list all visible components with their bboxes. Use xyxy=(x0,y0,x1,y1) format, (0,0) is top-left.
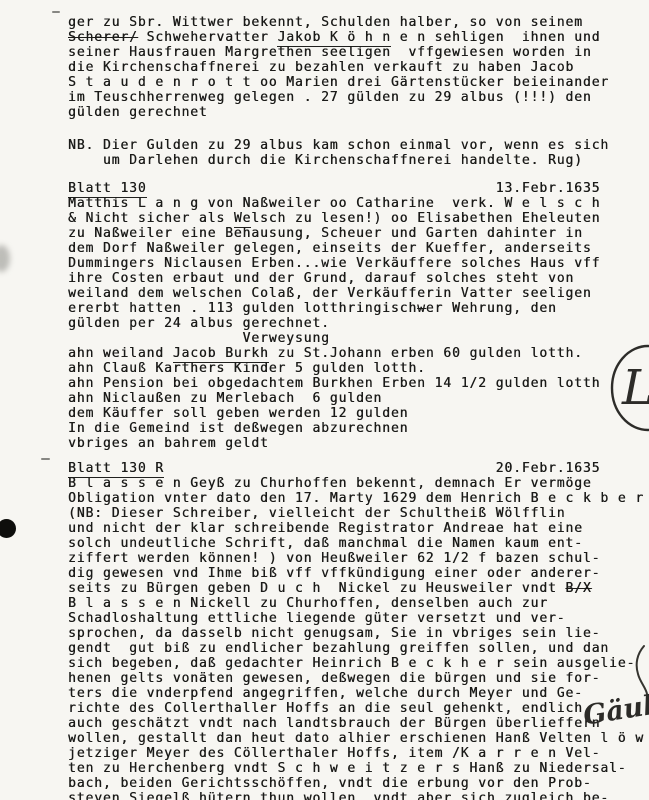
text-segment: gendt gut biß zu endlicher bezahlung gre… xyxy=(68,641,609,656)
text-line: wollen, gestallt dan heut dato alhier er… xyxy=(68,731,649,746)
struck-text: w xyxy=(417,301,426,316)
circled-letter-annotation: L xyxy=(606,344,649,436)
text-segment: Schadloshaltung ettliche liegende güter … xyxy=(68,611,565,626)
text-line: ters die vnderpfend angegriffen, welche … xyxy=(68,686,649,701)
struck-text: B/X xyxy=(565,581,591,596)
text-line: richte des Collerthaller Hoffs an die se… xyxy=(68,701,649,716)
text-segment: 13.Febr.1635 xyxy=(147,181,601,196)
text-line: Verweysung xyxy=(68,331,649,346)
text-segment: ahn Clauß Karthers Kinder 5 gulden lotth… xyxy=(68,361,426,376)
text-segment: auch geschätzt vndt nach landtsbrauch de… xyxy=(68,716,600,731)
text-line: Matthis L a n g von Naßweiler oo Cathari… xyxy=(68,196,649,211)
text-segment: im Teuschherrenweg gelegen . 27 gülden z… xyxy=(68,90,592,105)
text-line: S t a u d e n r o t t oo Marien drei Gär… xyxy=(68,75,649,90)
text-segment: die Kirchenschaffnerei zu bezahlen verka… xyxy=(68,60,574,75)
text-line: steyen Siegelß hütern thun wollen, vndt … xyxy=(68,791,649,800)
text-segment: sich begeben, daß gedachter Heinrich B e… xyxy=(68,656,635,671)
text-line: gülden gerechnet xyxy=(68,105,649,120)
text-segment: steyen Siegelß hütern thun wollen, vndt … xyxy=(68,791,609,800)
text-segment: NB. Dier Gulden zu 29 albus kam schon ei… xyxy=(68,138,609,153)
text-line: B l a s s e n Nickell zu Churhoffen, den… xyxy=(68,596,649,611)
text-segment: jetziger Meyer des Cöllerthaler Hoffs, i… xyxy=(68,746,600,761)
text-line: ger zu Sbr. Wittwer bekennt, Schulden ha… xyxy=(68,15,649,30)
text-line: vbriges an bahrem geldt xyxy=(68,436,649,451)
text-segment: B l a s s e n Geyß zu Churhoffen bekennt… xyxy=(68,476,592,491)
text-segment: seiner Hausfrauen Margrethen seeligen vf… xyxy=(68,45,592,60)
text-segment: solch undeutliche Schrift, daß manchmal … xyxy=(68,536,583,551)
text-segment: seits zu Bürgen geben D u c h Nickel zu … xyxy=(68,581,565,596)
text-segment: ahn Pension bei obgedachtem Burkhen Erbe… xyxy=(68,376,600,391)
scanned-typescript-page: ger zu Sbr. Wittwer bekennt, Schulden ha… xyxy=(0,0,649,800)
stray-dash-mark xyxy=(52,11,60,13)
typewritten-text-block: ger zu Sbr. Wittwer bekennt, Schulden ha… xyxy=(68,15,649,800)
text-segment: weiland dem welschen Colaß, der Verkäuff… xyxy=(68,286,592,301)
text-line: dem Käuffer soll geben werden 12 gulden xyxy=(68,406,649,421)
text-segment: richte des Collerthaller Hoffs an die se… xyxy=(68,701,583,716)
text-line: Obligation vnter dato den 17. Marty 1629… xyxy=(68,491,649,506)
text-line: (NB: Dieser Schreiber, vielleicht der Sc… xyxy=(68,506,649,521)
text-line: sich begeben, daß gedachter Heinrich B e… xyxy=(68,656,649,671)
text-line: im Teuschherrenweg gelegen . 27 gülden z… xyxy=(68,90,649,105)
text-line: Dummingers Niclausen Erben...wie Verkäuf… xyxy=(68,256,649,271)
text-line: ihre Costen erbaut und der Grund, darauf… xyxy=(68,271,649,286)
text-line: ahn Clauß Karthers Kinder 5 gulden lotth… xyxy=(68,361,649,376)
flourish-mark-icon xyxy=(630,644,649,696)
text-segment: 20.Febr.1635 xyxy=(164,461,600,476)
text-segment: er Wehrung, den xyxy=(426,301,557,316)
text-segment: B l a s s e n Nickell zu Churhoffen, den… xyxy=(68,596,548,611)
text-segment: ziffert werden können! ) von Heußweiler … xyxy=(68,551,600,566)
text-line: sprochen, da dasselb nicht genugsam, Sie… xyxy=(68,626,649,641)
text-line: solch undeutliche Schrift, daß manchmal … xyxy=(68,536,649,551)
text-segment: lsch zu lesen!) oo Elisabethen Eheleuten xyxy=(251,211,600,226)
smudge-mark xyxy=(0,245,10,272)
text-segment: gülden per 24 albus gerechnet. xyxy=(68,316,330,331)
text-line: In die Gemeind ist deßwegen abzurechnen xyxy=(68,421,649,436)
text-line: auch geschätzt vndt nach landtsbrauch de… xyxy=(68,716,649,731)
text-line: ahn Pension bei obgedachtem Burkhen Erbe… xyxy=(68,376,649,391)
text-segment: (NB: Dieser Schreiber, vielleicht der Sc… xyxy=(68,506,565,521)
text-segment: S t a u d e n r o t t oo Marien drei Gär… xyxy=(68,75,609,90)
text-segment: ters die vnderpfend angegriffen, welche … xyxy=(68,686,583,701)
text-segment: Matthis L a n g von Naßweiler oo Cathari… xyxy=(68,196,600,211)
text-segment: Obligation vnter dato den 17. Marty 1629… xyxy=(68,491,644,506)
text-line: seiner Hausfrauen Margrethen seeligen vf… xyxy=(68,45,649,60)
text-line: bach, beiden Gerichtsschöffen, vndt die … xyxy=(68,776,649,791)
text-line: weiland dem welschen Colaß, der Verkäuff… xyxy=(68,286,649,301)
text-segment: vbriges an bahrem geldt xyxy=(68,436,269,451)
text-segment: dem Käuffer soll geben werden 12 gulden xyxy=(68,406,408,421)
text-segment: und nicht der klar schreibende Registrat… xyxy=(68,521,583,536)
circled-letter-text: L xyxy=(621,360,649,416)
stray-dash-mark xyxy=(41,458,50,460)
text-segment: gülden gerechnet xyxy=(68,105,208,120)
text-segment: zu St.Johann erben 60 gulden lotth. xyxy=(269,346,583,361)
nb-note: NB. Dier Gulden zu 29 albus kam schon ei… xyxy=(68,138,649,168)
text-line: & Nicht sicher als Welsch zu lesen!) oo … xyxy=(68,211,649,226)
text-segment: um Darlehen durch die Kirchenschaffnerei… xyxy=(68,153,583,168)
entry-blatt130r: Blatt 130 R 20.Febr.1635B l a s s e n Ge… xyxy=(68,461,649,800)
text-line: seits zu Bürgen geben D u c h Nickel zu … xyxy=(68,581,649,596)
text-line: dem Dorf Naßweiler gelegen, einseits der… xyxy=(68,241,649,256)
entry-blatt129-continued: ger zu Sbr. Wittwer bekennt, Schulden ha… xyxy=(68,15,649,120)
text-segment: zu Naßweiler eine Behausung, Scheuer und… xyxy=(68,226,583,241)
ink-blot xyxy=(0,519,16,538)
text-line: zu Naßweiler eine Behausung, Scheuer und… xyxy=(68,226,649,241)
text-segment: dig gewesen vnd Ihme biß vff vffkündigun… xyxy=(68,566,600,581)
text-line: ten zu Herchenberg vndt S c h w e i t z … xyxy=(68,761,649,776)
text-line: Blatt 130 13.Febr.1635 xyxy=(68,181,649,196)
text-segment: ahn Niclaußen zu Merlebach 6 gulden xyxy=(68,391,382,406)
text-line: ahn weiland Jacob Burkh zu St.Johann erb… xyxy=(68,346,649,361)
text-segment: henen gelts vonäten gewesen, deßwegen di… xyxy=(68,671,600,686)
text-segment: In die Gemeind ist deßwegen abzurechnen xyxy=(68,421,408,436)
text-line: ziffert werden können! ) von Heußweiler … xyxy=(68,551,649,566)
text-segment: Dummingers Niclausen Erben...wie Verkäuf… xyxy=(68,256,600,271)
text-segment: wollen, gestallt dan heut dato alhier er… xyxy=(68,731,644,746)
text-line: Schadloshaltung ettliche liegende güter … xyxy=(68,611,649,626)
text-line: ahn Niclaußen zu Merlebach 6 gulden xyxy=(68,391,649,406)
text-line: um Darlehen durch die Kirchenschaffnerei… xyxy=(68,153,649,168)
text-line: dig gewesen vnd Ihme biß vff vffkündigun… xyxy=(68,566,649,581)
text-segment: & Nicht sicher als xyxy=(68,211,234,226)
text-line: gülden per 24 albus gerechnet. xyxy=(68,316,649,331)
text-line: ererbt hatten . 113 gulden lotthringisch… xyxy=(68,301,649,316)
text-line: Blatt 130 R 20.Febr.1635 xyxy=(68,461,649,476)
struck-text: Scherer/ xyxy=(68,30,138,45)
text-line: Scherer/ Schwehervatter Jakob K ö h n e … xyxy=(68,30,649,45)
text-segment: sprochen, da dasselb nicht genugsam, Sie… xyxy=(68,626,600,641)
text-segment: Schwehervatter xyxy=(138,30,278,45)
text-segment: ten zu Herchenberg vndt S c h w e i t z … xyxy=(68,761,627,776)
text-segment: ihre Costen erbaut und der Grund, darauf… xyxy=(68,271,574,286)
text-segment: dem Dorf Naßweiler gelegen, einseits der… xyxy=(68,241,592,256)
text-segment: Verweysung xyxy=(68,331,330,346)
text-segment: ererbt hatten . 113 gulden lotthringisch xyxy=(68,301,417,316)
text-line: jetziger Meyer des Cöllerthaler Hoffs, i… xyxy=(68,746,649,761)
text-line: die Kirchenschaffnerei zu bezahlen verka… xyxy=(68,60,649,75)
text-line: NB. Dier Gulden zu 29 albus kam schon ei… xyxy=(68,138,649,153)
text-segment: e n sehligen ihnen und xyxy=(391,30,600,45)
text-segment: ahn weiland xyxy=(68,346,173,361)
text-segment: bach, beiden Gerichtsschöffen, vndt die … xyxy=(68,776,592,791)
text-line: gendt gut biß zu endlicher bezahlung gre… xyxy=(68,641,649,656)
entry-blatt130: Blatt 130 13.Febr.1635Matthis L a n g vo… xyxy=(68,181,649,451)
text-line: henen gelts vonäten gewesen, deßwegen di… xyxy=(68,671,649,686)
text-segment: ger zu Sbr. Wittwer bekennt, Schulden ha… xyxy=(68,15,583,30)
text-line: B l a s s e n Geyß zu Churhoffen bekennt… xyxy=(68,476,649,491)
text-line: und nicht der klar schreibende Registrat… xyxy=(68,521,649,536)
